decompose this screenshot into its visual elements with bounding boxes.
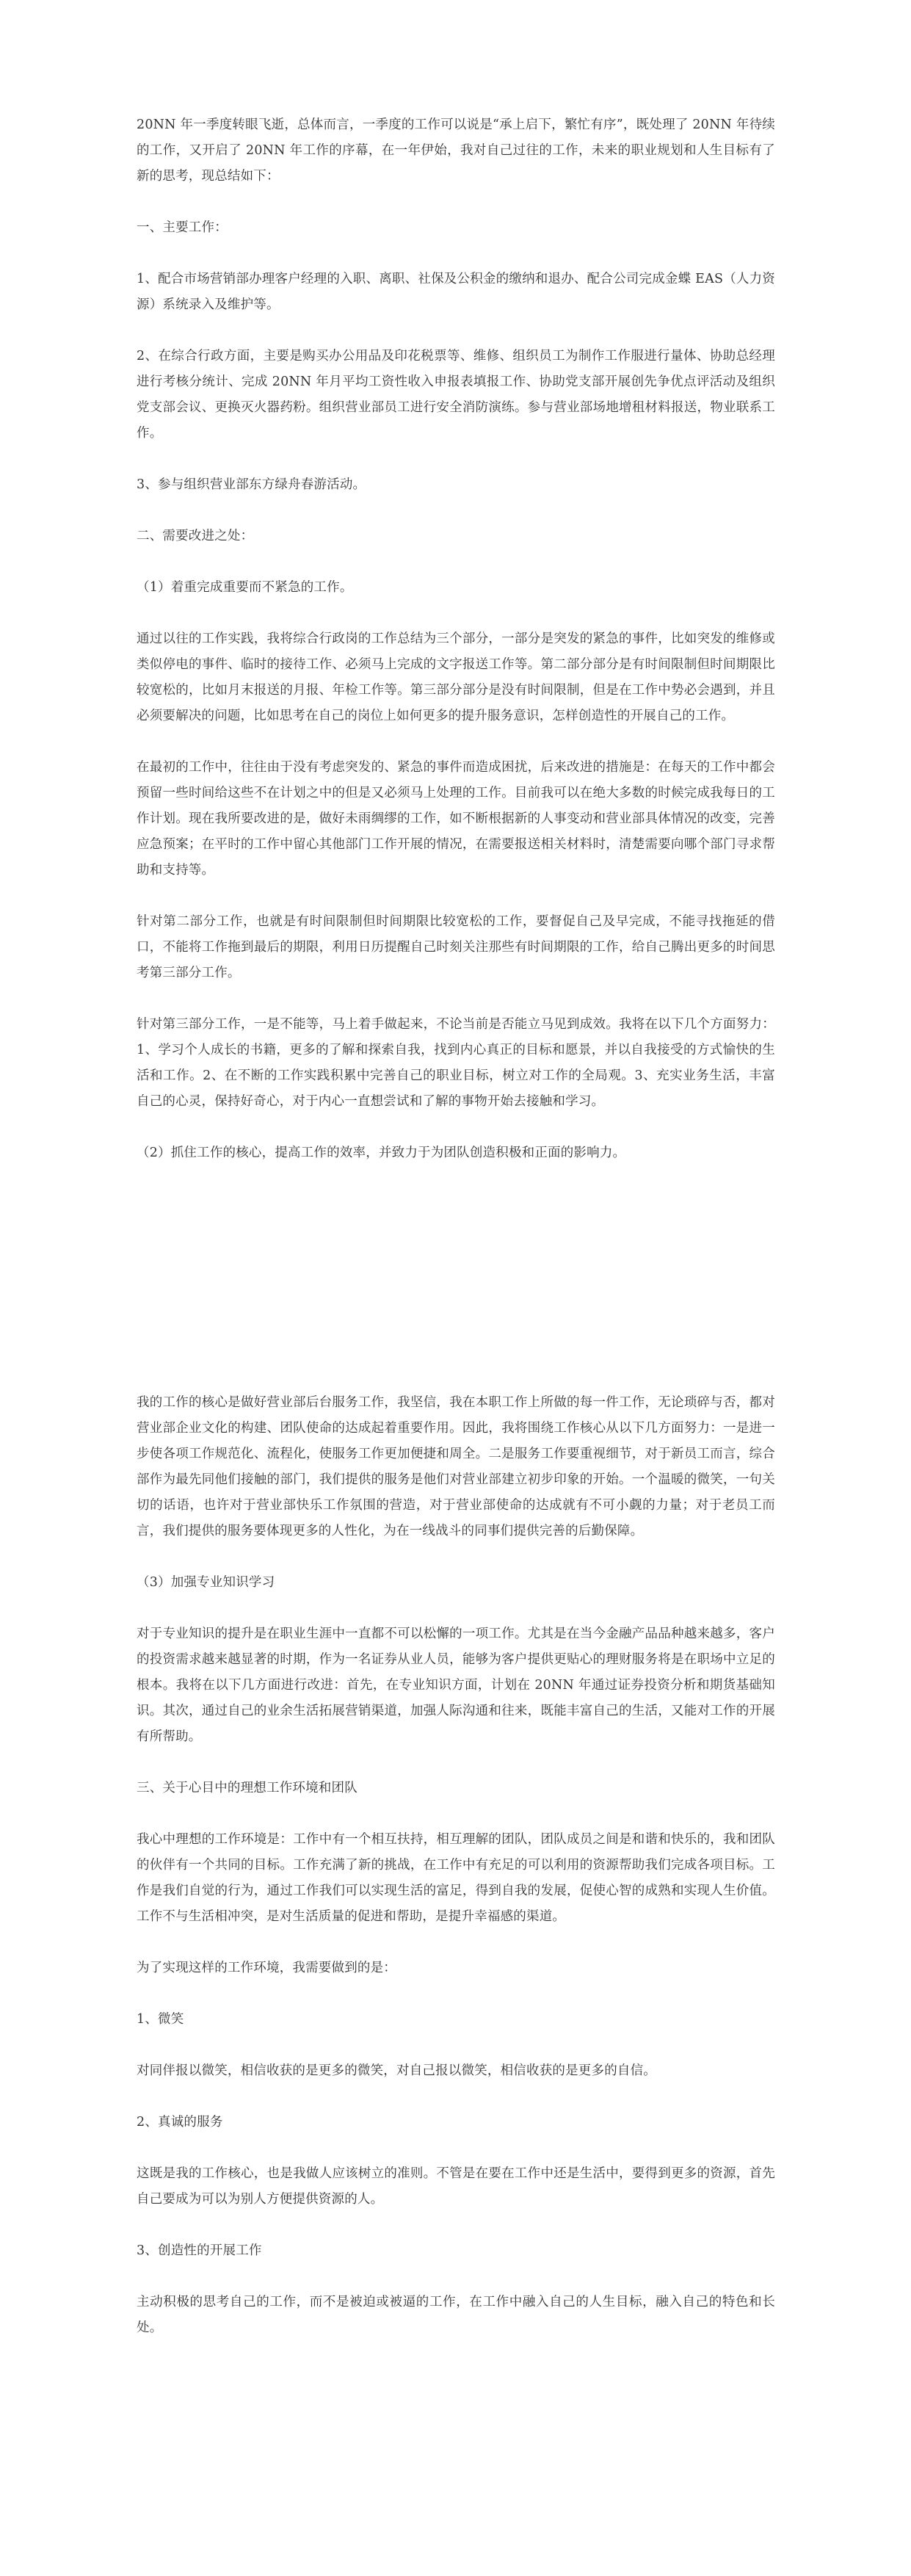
main-work-item-3: 3、参与组织营业部东方绿舟春游活动。 (137, 472, 775, 498)
paragraph-three-parts: 通过以往的工作实践，我将综合行政岗的工作总结为三个部分，一部分是突发的紧急的事件… (137, 626, 775, 729)
item-body-creative-work: 主动积极的思考自己的工作，而不是被迫或被逼的工作，在工作中融入自己的人生目标，融… (137, 2290, 775, 2341)
paragraph-to-achieve: 为了实现这样的工作环境，我需要做到的是： (137, 1955, 775, 1981)
item-body-smile: 对同伴报以微笑，相信收获的是更多的微笑，对自己报以微笑，相信收获的是更多的自信。 (137, 2058, 775, 2084)
intro-paragraph: 20NN 年一季度转眼飞逝，总体而言，一季度的工作可以说是“承上启下，繁忙有序”… (137, 112, 775, 189)
document-page: 20NN 年一季度转眼飞逝，总体而言，一季度的工作可以说是“承上启下，繁忙有序”… (137, 112, 775, 2367)
item-heading-smile: 1、微笑 (137, 2007, 775, 2033)
blank-space (137, 1192, 775, 1390)
subheading-work-core: （2）抓住工作的核心，提高工作的效率，并致力于为团队创造积极和正面的影响力。 (137, 1140, 775, 1166)
main-work-item-2: 2、在综合行政方面，主要是购买办公用品及印花税票等、维修、组织员工为制作工作服进… (137, 344, 775, 446)
item-body-sincere-service: 这既是我的工作核心，也是我做人应该树立的准则。不管是在要在工作中还是生活中，要得… (137, 2161, 775, 2213)
paragraph-part-three: 针对第三部分工作，一是不能等，马上着手做起来，不论当前是否能立马见到成效。我将在… (137, 1012, 775, 1115)
item-heading-sincere-service: 2、真诚的服务 (137, 2110, 775, 2135)
item-heading-creative-work: 3、创造性的开展工作 (137, 2238, 775, 2264)
paragraph-professional-learning: 对于专业知识的提升是在职业生涯中一直都不可以松懈的一项工作。尤其是在当今金融产品… (137, 1621, 775, 1750)
subheading-important-not-urgent: （1）着重完成重要而不紧急的工作。 (137, 575, 775, 601)
paragraph-initial-work: 在最初的工作中，往往由于没有考虑突发的、紧急的事件而造成困扰，后来改进的措施是：… (137, 755, 775, 883)
paragraph-ideal-environment: 我心中理想的工作环境是：工作中有一个相互扶持，相互理解的团队，团队成员之间是和谐… (137, 1827, 775, 1930)
paragraph-part-two: 针对第二部分工作，也就是有时间限制但时间期限比较宽松的工作，要督促自己及早完成，… (137, 909, 775, 986)
section-heading-ideal-environment: 三、关于心目中的理想工作环境和团队 (137, 1776, 775, 1801)
paragraph-work-core: 我的工作的核心是做好营业部后台服务工作，我坚信，我在本职工作上所做的每一件工作，… (137, 1390, 775, 1544)
section-heading-improvements: 二、需要改进之处： (137, 524, 775, 549)
main-work-item-1: 1、配合市场营销部办理客户经理的入职、离职、社保及公积金的缴纳和退办、配合公司完… (137, 267, 775, 318)
section-heading-main-work: 一、主要工作： (137, 215, 775, 241)
subheading-professional-learning: （3）加强专业知识学习 (137, 1570, 775, 1596)
